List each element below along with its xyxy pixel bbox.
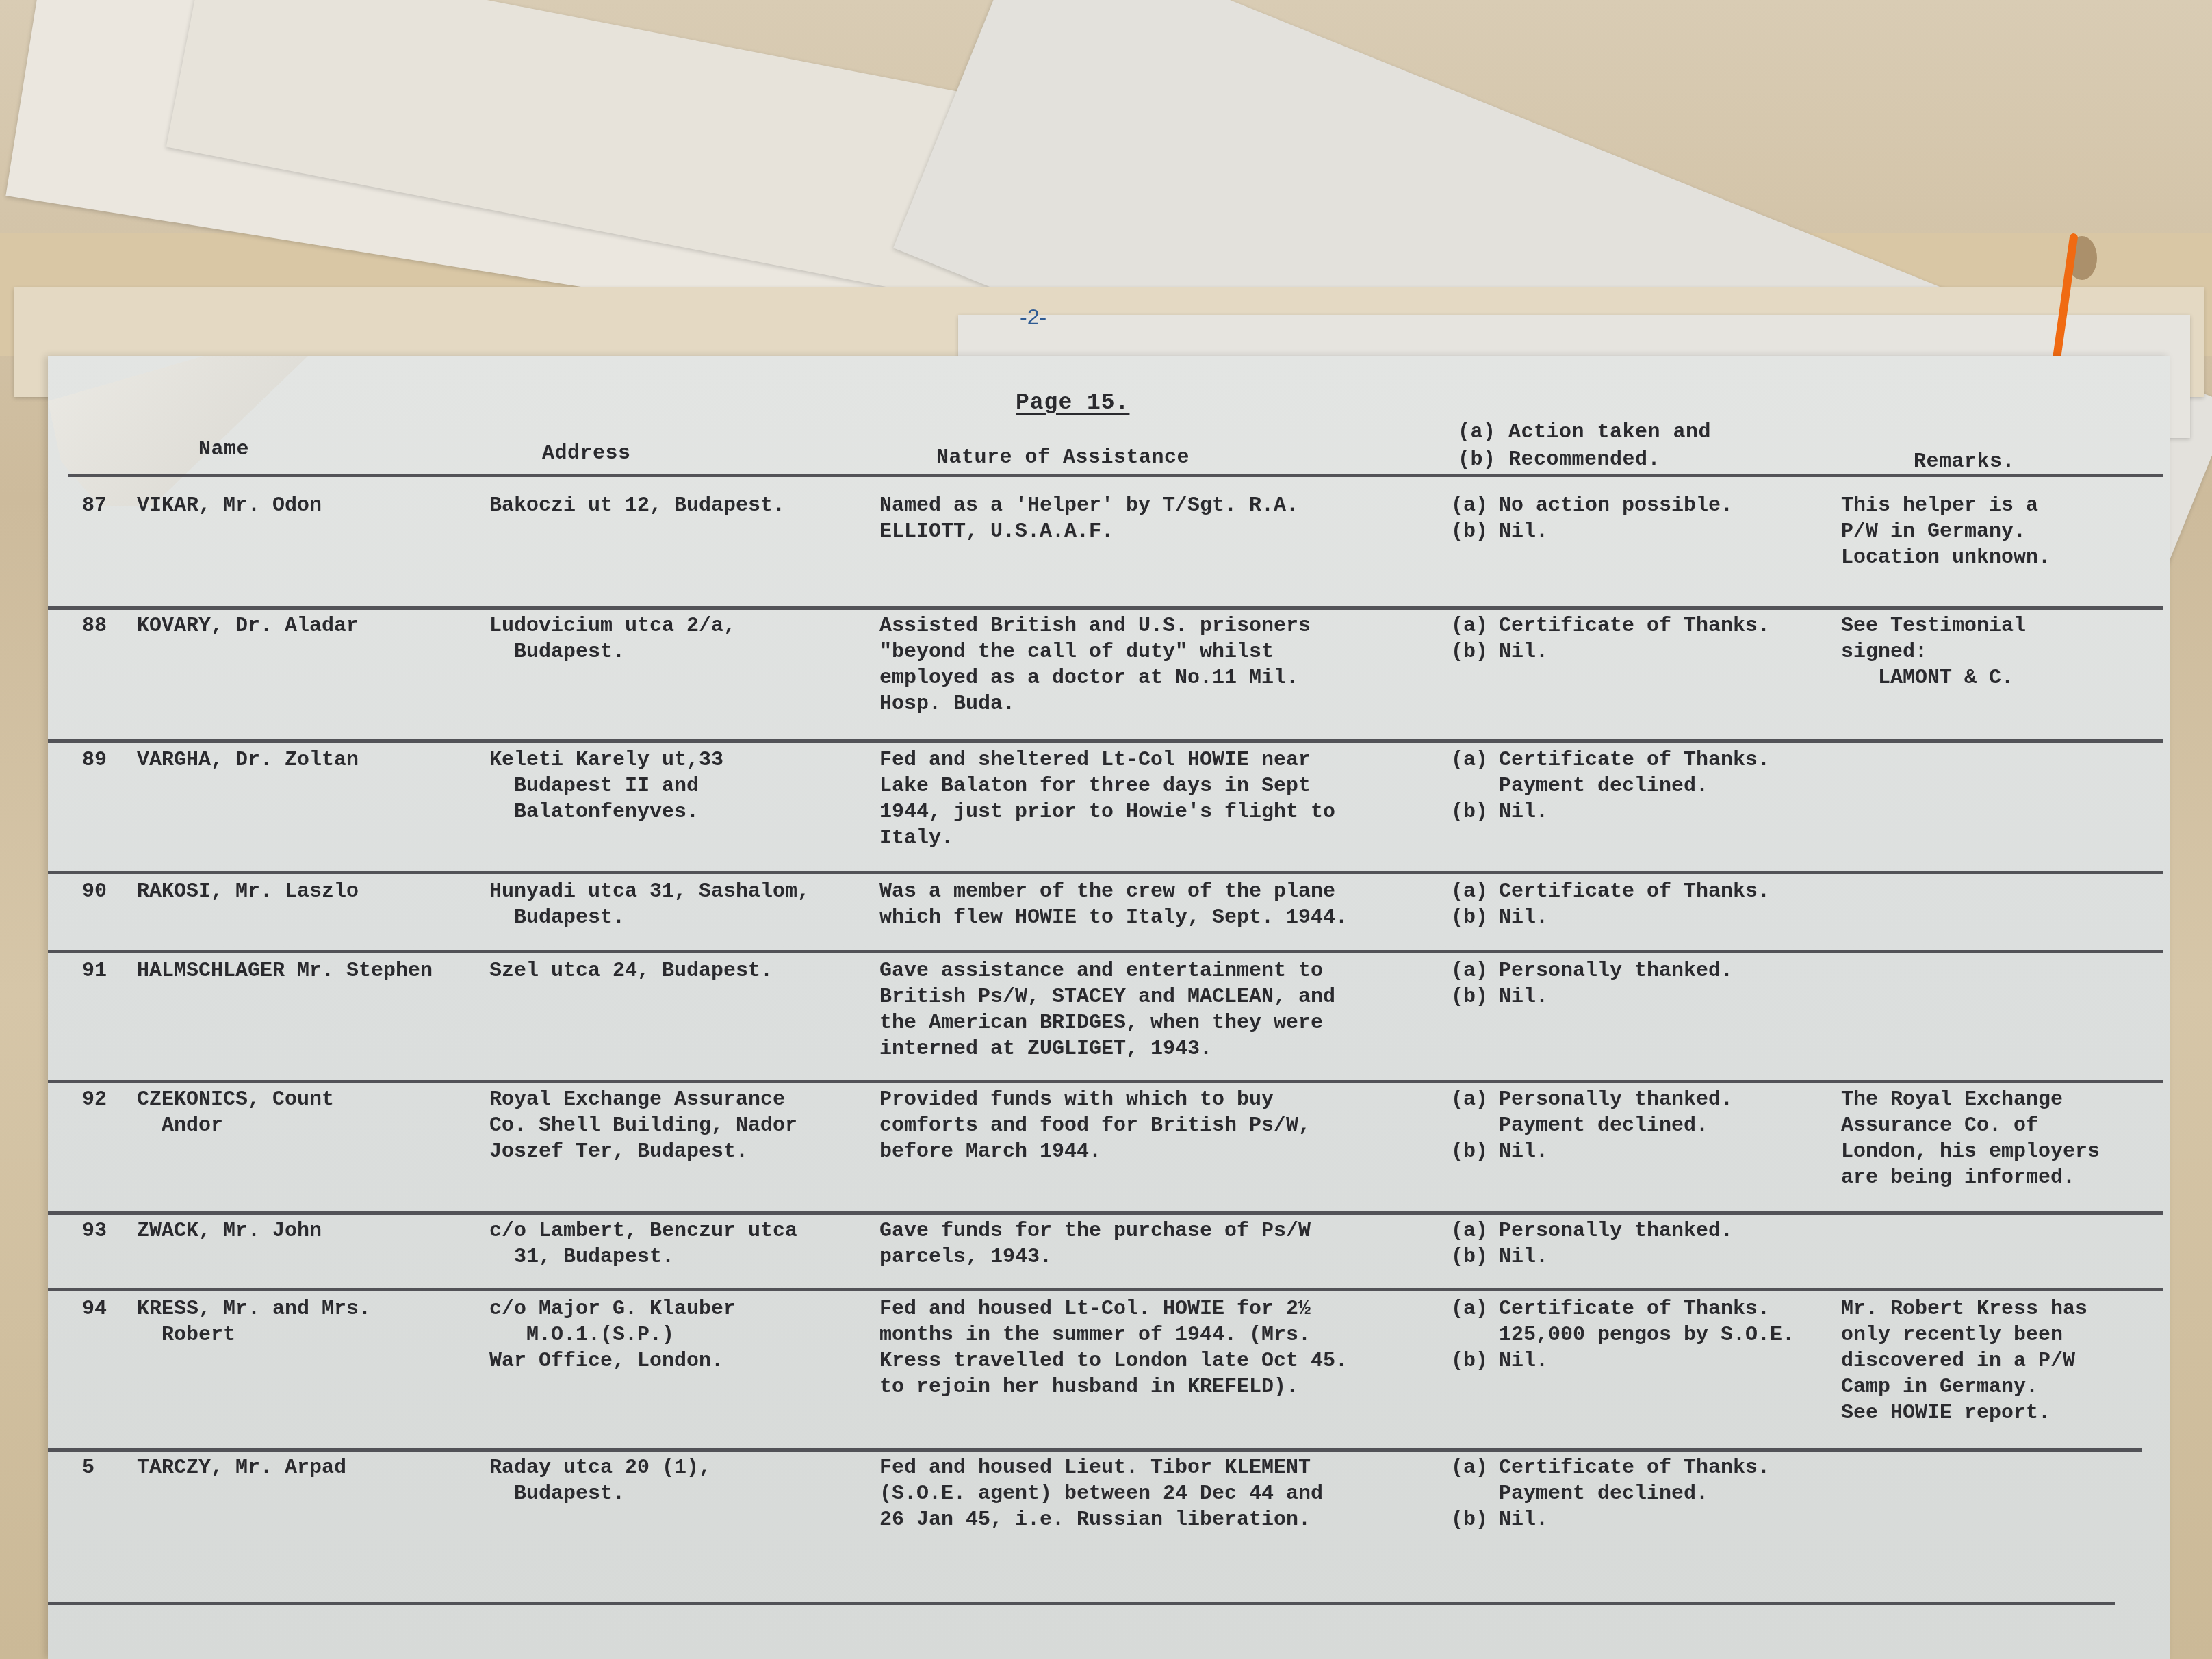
nature-of-assistance-line: Kress travelled to London late Oct 45.	[879, 1348, 1348, 1374]
helper-name: VARGHA, Dr. Zoltan	[137, 747, 359, 773]
nature-of-assistance: Was a member of the crew of the planewhi…	[879, 879, 1348, 931]
action-b-text: Nil.	[1499, 984, 1548, 1010]
remarks-line: Assurance Co. of	[1841, 1113, 2100, 1139]
remarks: See Testimonialsigned: LAMONT & C.	[1841, 613, 2026, 691]
action-a: (a)Certificate of Thanks.	[1451, 879, 1770, 905]
helper-name-line: KOVARY, Dr. Aladar	[137, 613, 359, 639]
nature-of-assistance-line: Italy.	[879, 825, 1335, 851]
row-divider	[48, 1448, 2142, 1452]
nature-of-assistance-line: before March 1944.	[879, 1139, 1311, 1165]
helper-name: KRESS, Mr. and Mrs. Robert	[137, 1296, 371, 1348]
nature-of-assistance-line: months in the summer of 1944. (Mrs.	[879, 1322, 1348, 1348]
remarks: This helper is aP/W in Germany.Location …	[1841, 493, 2050, 571]
entry-number: 5	[82, 1455, 94, 1481]
entry-number: 90	[82, 879, 107, 905]
helper-address: Ludovicium utca 2/a, Budapest.	[489, 613, 736, 665]
helper-name: RAKOSI, Mr. Laszlo	[137, 879, 359, 905]
nature-of-assistance: Named as a 'Helper' by T/Sgt. R.A.ELLIOT…	[879, 493, 1298, 545]
action-b-text: Nil.	[1499, 799, 1548, 825]
action-a: (a)Personally thanked.	[1451, 1087, 1733, 1113]
helper-address-line: Royal Exchange Assurance	[489, 1087, 797, 1113]
nature-of-assistance-line: the American BRIDGES, when they were	[879, 1010, 1335, 1036]
entry-number: 94	[82, 1296, 107, 1322]
helper-name-line: Andor	[137, 1113, 334, 1139]
action-a-continuation: Payment declined.	[1451, 773, 1770, 799]
row-divider	[48, 871, 2163, 874]
nature-of-assistance: Fed and sheltered Lt-Col HOWIE nearLake …	[879, 747, 1335, 851]
remarks-line: The Royal Exchange	[1841, 1087, 2100, 1113]
nature-of-assistance: Gave funds for the purchase of Ps/Wparce…	[879, 1218, 1311, 1270]
nature-of-assistance-line: Gave assistance and entertainment to	[879, 958, 1335, 984]
helper-name: KOVARY, Dr. Aladar	[137, 613, 359, 639]
nature-of-assistance-line: British Ps/W, STACEY and MACLEAN, and	[879, 984, 1335, 1010]
action-a-marker: (a)	[1451, 613, 1499, 639]
nature-of-assistance-line: interned at ZUGLIGET, 1943.	[879, 1036, 1335, 1062]
helper-name-line: KRESS, Mr. and Mrs.	[137, 1296, 371, 1322]
action-a-text: No action possible.	[1499, 493, 1733, 519]
nature-of-assistance: Gave assistance and entertainment toBrit…	[879, 958, 1335, 1062]
nature-of-assistance-line: to rejoin her husband in KREFELD).	[879, 1374, 1348, 1400]
helper-address: Hunyadi utca 31, Sashalom, Budapest.	[489, 879, 810, 931]
helper-name-line: TARCZY, Mr. Arpad	[137, 1455, 346, 1481]
torn-corner	[48, 356, 308, 506]
action-taken: (a)Certificate of Thanks.(b)Nil.	[1451, 879, 1770, 931]
helper-address-line: Budapest.	[489, 905, 810, 931]
action-a-marker: (a)	[1451, 1087, 1499, 1113]
action-b-text: Nil.	[1499, 1507, 1548, 1533]
remarks-line: See Testimonial	[1841, 613, 2026, 639]
remarks-line: are being informed.	[1841, 1165, 2100, 1191]
nature-of-assistance-line: Fed and housed Lt-Col. HOWIE for 2½	[879, 1296, 1348, 1322]
action-taken: (a)No action possible.(b)Nil.	[1451, 493, 1733, 545]
entry-number: 89	[82, 747, 107, 773]
action-b-marker: (b)	[1451, 519, 1499, 545]
nature-of-assistance-line: comforts and food for British Ps/W,	[879, 1113, 1311, 1139]
action-b-marker: (b)	[1451, 984, 1499, 1010]
remarks-line: Camp in Germany.	[1841, 1374, 2087, 1400]
nature-of-assistance-line: which flew HOWIE to Italy, Sept. 1944.	[879, 905, 1348, 931]
action-b-marker: (b)	[1451, 1139, 1499, 1165]
nature-of-assistance: Provided funds with which to buycomforts…	[879, 1087, 1311, 1165]
remarks: The Royal ExchangeAssurance Co. ofLondon…	[1841, 1087, 2100, 1191]
helper-name-line: CZEKONICS, Count	[137, 1087, 334, 1113]
helper-address-line: Co. Shell Building, Nador	[489, 1113, 797, 1139]
action-b-marker: (b)	[1451, 1507, 1499, 1533]
helper-address-line: Raday utca 20 (1),	[489, 1455, 711, 1481]
action-b: (b)Nil.	[1451, 1507, 1770, 1533]
remarks-line: Location unknown.	[1841, 545, 2050, 571]
helper-address-line: c/o Major G. Klauber	[489, 1296, 736, 1322]
remarks-line: This helper is a	[1841, 493, 2050, 519]
action-a-marker: (a)	[1451, 958, 1499, 984]
helper-address: Raday utca 20 (1), Budapest.	[489, 1455, 711, 1507]
nature-of-assistance-line: "beyond the call of duty" whilst	[879, 639, 1311, 665]
action-taken: (a)Personally thanked.(b)Nil.	[1451, 958, 1733, 1010]
nature-of-assistance-line: Was a member of the crew of the plane	[879, 879, 1348, 905]
action-b: (b)Nil.	[1451, 1348, 1795, 1374]
nature-of-assistance-line: 26 Jan 45, i.e. Russian liberation.	[879, 1507, 1323, 1533]
row-divider	[48, 1288, 2163, 1291]
helper-name: VIKAR, Mr. Odon	[137, 493, 322, 519]
action-taken: (a)Personally thanked.Payment declined.(…	[1451, 1087, 1733, 1165]
action-a-text: Personally thanked.	[1499, 1087, 1733, 1113]
row-divider	[48, 1211, 2163, 1215]
helper-address-line: Ludovicium utca 2/a,	[489, 613, 736, 639]
helper-name: CZEKONICS, Count Andor	[137, 1087, 334, 1139]
action-a-continuation: Payment declined.	[1451, 1481, 1770, 1507]
action-a: (a)Personally thanked.	[1451, 958, 1733, 984]
nature-of-assistance: Assisted British and U.S. prisoners"beyo…	[879, 613, 1311, 717]
row-divider	[48, 950, 2163, 953]
action-a-marker: (a)	[1451, 1218, 1499, 1244]
action-a-marker: (a)	[1451, 879, 1499, 905]
helper-name: HALMSCHLAGER Mr. Stephen	[137, 958, 433, 984]
helper-address-line: M.O.1.(S.P.)	[489, 1322, 736, 1348]
header-nature: Nature of Assistance	[936, 446, 1189, 470]
helper-name-line: RAKOSI, Mr. Laszlo	[137, 879, 359, 905]
helper-name: TARCZY, Mr. Arpad	[137, 1455, 346, 1481]
action-b-marker: (b)	[1451, 639, 1499, 665]
helper-address-line: Joszef Ter, Budapest.	[489, 1139, 797, 1165]
entry-number: 91	[82, 958, 107, 984]
helper-address: Bakoczi ut 12, Budapest.	[489, 493, 785, 519]
action-b-text: Nil.	[1499, 519, 1548, 545]
action-taken: (a)Certificate of Thanks.Payment decline…	[1451, 747, 1770, 825]
action-b: (b)Nil.	[1451, 1244, 1733, 1270]
helper-address-line: Budapest.	[489, 639, 736, 665]
action-b-text: Nil.	[1499, 639, 1548, 665]
remarks-line: See HOWIE report.	[1841, 1400, 2087, 1426]
helper-address-line: Balatonfenyves.	[489, 799, 723, 825]
action-b: (b)Nil.	[1451, 639, 1770, 665]
helper-address-line: Budapest II and	[489, 773, 723, 799]
typed-page: Page 15. Name Address Nature of Assistan…	[48, 356, 2170, 1659]
remarks-line: P/W in Germany.	[1841, 519, 2050, 545]
helper-name-line: VARGHA, Dr. Zoltan	[137, 747, 359, 773]
helper-address-line: c/o Lambert, Benczur utca	[489, 1218, 797, 1244]
action-a-continuation: 125,000 pengos by S.O.E.	[1451, 1322, 1795, 1348]
action-b: (b)Nil.	[1451, 519, 1733, 545]
action-a-text: Certificate of Thanks.	[1499, 747, 1770, 773]
nature-of-assistance: Fed and housed Lieut. Tibor KLEMENT(S.O.…	[879, 1455, 1323, 1533]
action-a-text: Personally thanked.	[1499, 958, 1733, 984]
action-b: (b)Nil.	[1451, 905, 1770, 931]
action-a-marker: (a)	[1451, 1296, 1499, 1322]
behind-page-mark: -2-	[1020, 305, 1046, 330]
nature-of-assistance-line: Hosp. Buda.	[879, 691, 1311, 717]
action-a-marker: (a)	[1451, 747, 1499, 773]
helper-name-line: ZWACK, Mr. John	[137, 1218, 322, 1244]
remarks-line: LAMONT & C.	[1841, 665, 2026, 691]
page-label: Page 15.	[1016, 390, 1129, 415]
nature-of-assistance-line: Gave funds for the purchase of Ps/W	[879, 1218, 1311, 1244]
helper-address: Szel utca 24, Budapest.	[489, 958, 773, 984]
header-name: Name	[198, 438, 249, 461]
row-divider	[48, 606, 2163, 610]
nature-of-assistance-line: Assisted British and U.S. prisoners	[879, 613, 1311, 639]
remarks-line: signed:	[1841, 639, 2026, 665]
action-b-marker: (b)	[1451, 1244, 1499, 1270]
action-taken: (a)Personally thanked.(b)Nil.	[1451, 1218, 1733, 1270]
nature-of-assistance: Fed and housed Lt-Col. HOWIE for 2½month…	[879, 1296, 1348, 1400]
action-taken: (a)Certificate of Thanks.Payment decline…	[1451, 1455, 1770, 1533]
action-a-marker: (a)	[1451, 493, 1499, 519]
action-taken: (a)Certificate of Thanks.125,000 pengos …	[1451, 1296, 1795, 1374]
nature-of-assistance-line: (S.O.E. agent) between 24 Dec 44 and	[879, 1481, 1323, 1507]
header-action-b: (b) Recommended.	[1458, 446, 1711, 474]
action-a-text: Certificate of Thanks.	[1499, 879, 1770, 905]
remarks-line: London, his employers	[1841, 1139, 2100, 1165]
header-address: Address	[542, 442, 631, 465]
action-a-text: Certificate of Thanks.	[1499, 1296, 1770, 1322]
action-a: (a)Certificate of Thanks.	[1451, 747, 1770, 773]
helper-address: c/o Lambert, Benczur utca 31, Budapest.	[489, 1218, 797, 1270]
nature-of-assistance-line: Named as a 'Helper' by T/Sgt. R.A.	[879, 493, 1298, 519]
entry-number: 88	[82, 613, 107, 639]
action-b: (b)Nil.	[1451, 984, 1733, 1010]
nature-of-assistance-line: Fed and sheltered Lt-Col HOWIE near	[879, 747, 1335, 773]
helper-address-line: Bakoczi ut 12, Budapest.	[489, 493, 785, 519]
helper-address-line: 31, Budapest.	[489, 1244, 797, 1270]
helper-address-line: Budapest.	[489, 1481, 711, 1507]
header-action: (a) Action taken and (b) Recommended.	[1458, 419, 1711, 474]
helper-address-line: Keleti Karely ut,33	[489, 747, 723, 773]
nature-of-assistance-line: employed as a doctor at No.11 Mil.	[879, 665, 1311, 691]
nature-of-assistance-line: parcels, 1943.	[879, 1244, 1311, 1270]
action-taken: (a)Certificate of Thanks.(b)Nil.	[1451, 613, 1770, 665]
row-divider	[48, 1080, 2163, 1083]
action-b-marker: (b)	[1451, 905, 1499, 931]
helper-address-line: War Office, London.	[489, 1348, 736, 1374]
row-divider	[48, 1602, 2115, 1605]
nature-of-assistance-line: Lake Balaton for three days in Sept	[879, 773, 1335, 799]
helper-address-line: Hunyadi utca 31, Sashalom,	[489, 879, 810, 905]
action-a-text: Certificate of Thanks.	[1499, 1455, 1770, 1481]
action-b: (b)Nil.	[1451, 1139, 1733, 1165]
entry-number: 93	[82, 1218, 107, 1244]
helper-address-line: Szel utca 24, Budapest.	[489, 958, 773, 984]
header-remarks: Remarks.	[1914, 450, 2015, 474]
row-divider	[48, 739, 2163, 743]
remarks-line: only recently been	[1841, 1322, 2087, 1348]
nature-of-assistance-line: 1944, just prior to Howie's flight to	[879, 799, 1335, 825]
nature-of-assistance-line: Fed and housed Lieut. Tibor KLEMENT	[879, 1455, 1323, 1481]
entry-number: 92	[82, 1087, 107, 1113]
action-a-continuation: Payment declined.	[1451, 1113, 1733, 1139]
helper-name: ZWACK, Mr. John	[137, 1218, 322, 1244]
nature-of-assistance-line: Provided funds with which to buy	[879, 1087, 1311, 1113]
helper-name-line: VIKAR, Mr. Odon	[137, 493, 322, 519]
helper-address: Royal Exchange AssuranceCo. Shell Buildi…	[489, 1087, 797, 1165]
action-b-text: Nil.	[1499, 1139, 1548, 1165]
action-a-text: Personally thanked.	[1499, 1218, 1733, 1244]
action-b-text: Nil.	[1499, 1244, 1548, 1270]
remarks-line: discovered in a P/W	[1841, 1348, 2087, 1374]
nature-of-assistance-line: ELLIOTT, U.S.A.A.F.	[879, 519, 1298, 545]
action-b-marker: (b)	[1451, 1348, 1499, 1374]
action-b-text: Nil.	[1499, 1348, 1548, 1374]
action-a: (a)Certificate of Thanks.	[1451, 1455, 1770, 1481]
action-a: (a)No action possible.	[1451, 493, 1733, 519]
action-a: (a)Certificate of Thanks.	[1451, 613, 1770, 639]
helper-address: Keleti Karely ut,33 Budapest II and Bala…	[489, 747, 723, 825]
action-a: (a)Certificate of Thanks.	[1451, 1296, 1795, 1322]
remarks-line: Mr. Robert Kress has	[1841, 1296, 2087, 1322]
action-a: (a)Personally thanked.	[1451, 1218, 1733, 1244]
action-a-marker: (a)	[1451, 1455, 1499, 1481]
entry-number: 87	[82, 493, 107, 519]
helper-address: c/o Major G. Klauber M.O.1.(S.P.)War Off…	[489, 1296, 736, 1374]
action-b-text: Nil.	[1499, 905, 1548, 931]
header-action-a: (a) Action taken and	[1458, 419, 1711, 446]
row-divider	[68, 474, 2163, 477]
action-b: (b)Nil.	[1451, 799, 1770, 825]
helper-name-line: HALMSCHLAGER Mr. Stephen	[137, 958, 433, 984]
action-a-text: Certificate of Thanks.	[1499, 613, 1770, 639]
remarks: Mr. Robert Kress hasonly recently beendi…	[1841, 1296, 2087, 1426]
action-b-marker: (b)	[1451, 799, 1499, 825]
helper-name-line: Robert	[137, 1322, 371, 1348]
